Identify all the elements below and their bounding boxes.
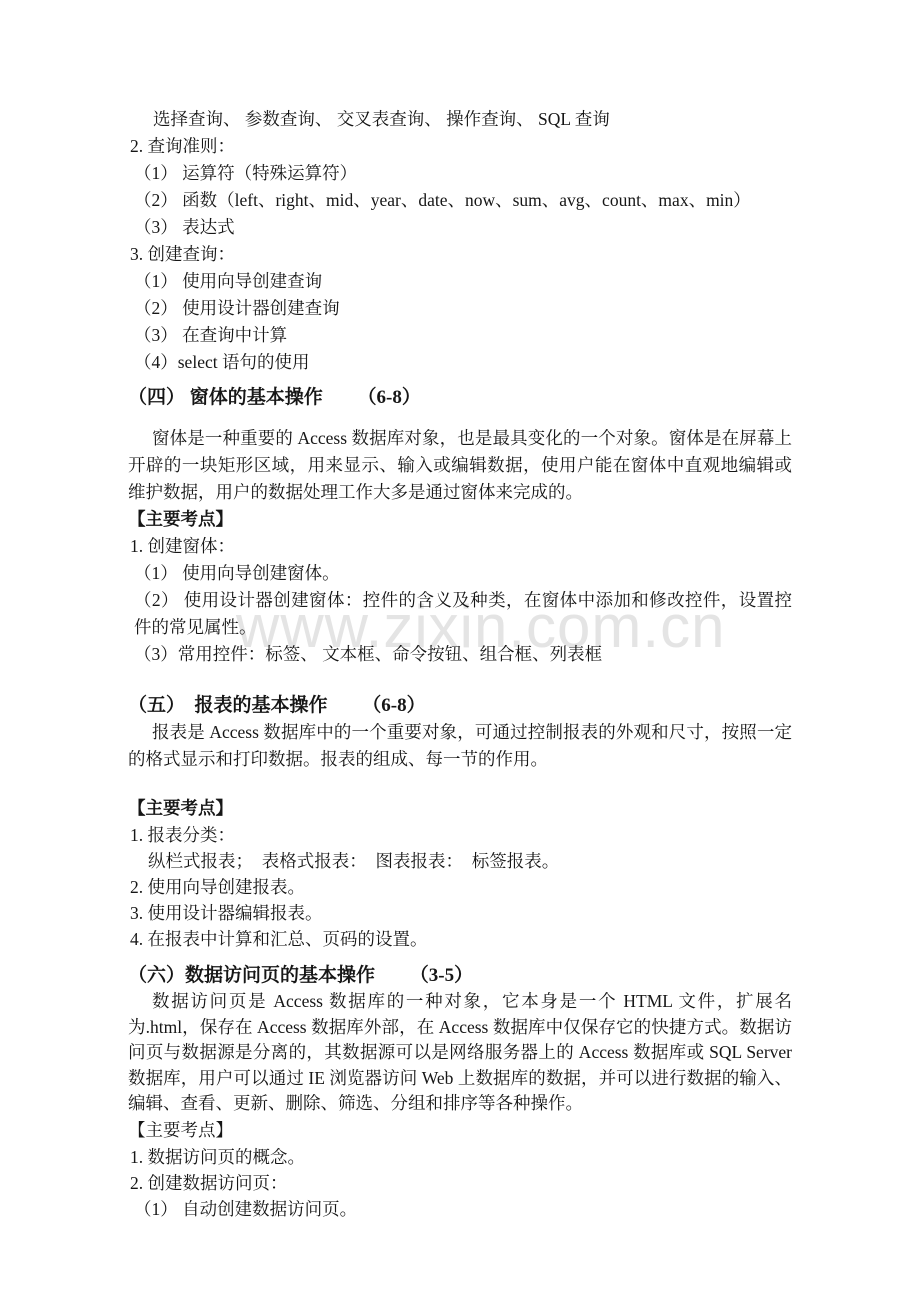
outline-item: 纵栏式报表； 表格式报表： 图表报表： 标签报表。 bbox=[128, 848, 792, 874]
outline-item: 1. 数据访问页的概念。 bbox=[128, 1144, 792, 1170]
section-five-heading: （五） 报表的基本操作 （6-8） bbox=[128, 692, 792, 719]
outline-item: 3. 创建查询： bbox=[128, 241, 792, 268]
document-page: www.zixin.com.cn 选择查询、 参数查询、 交叉表查询、 操作查询… bbox=[0, 0, 920, 1302]
outline-item: （1） 使用向导创建窗体。 bbox=[128, 560, 792, 587]
outline-item: 2. 使用向导创建报表。 bbox=[128, 874, 792, 900]
outline-item: （2） 使用设计器创建查询 bbox=[128, 295, 792, 322]
outline-item: （3） 表达式 bbox=[128, 214, 792, 241]
outline-item: （4）select 语句的使用 bbox=[128, 349, 792, 376]
outline-item: （3）常用控件：标签、 文本框、命令按钮、组合框、列表框 bbox=[128, 641, 792, 668]
outline-item: （2） 使用设计器创建窗体：控件的含义及种类，在窗体中添加和修改控件，设置控件的… bbox=[128, 587, 792, 641]
section-five-paragraph: 报表是 Access 数据库中的一个重要对象，可通过控制报表的外观和尺寸，按照一… bbox=[128, 719, 792, 773]
outline-item: （1） 自动创建数据访问页。 bbox=[128, 1196, 792, 1222]
outline-item: 1. 报表分类： bbox=[128, 822, 792, 848]
section-six-title: （六）数据访问页的基本操作 bbox=[128, 965, 375, 986]
document-content: 选择查询、 参数查询、 交叉表查询、 操作查询、 SQL 查询 2. 查询准则：… bbox=[128, 106, 792, 1222]
outline-item: （2） 函数（left、right、mid、year、date、now、sum、… bbox=[128, 187, 792, 214]
section-six-items: 1. 数据访问页的概念。 2. 创建数据访问页： （1） 自动创建数据访问页。 bbox=[128, 1144, 792, 1222]
section-five-title: （五） 报表的基本操作 bbox=[128, 695, 328, 716]
outline-item: 2. 创建数据访问页： bbox=[128, 1170, 792, 1196]
section-six-paragraph: 数据访问页是 Access 数据库的一种对象，它本身是一个 HTML 文件，扩展… bbox=[128, 989, 792, 1117]
query-types-line: 选择查询、 参数查询、 交叉表查询、 操作查询、 SQL 查询 bbox=[128, 106, 792, 133]
section-four-heading: （四） 窗体的基本操作 （6-8） bbox=[128, 384, 792, 411]
section-five-items: 1. 报表分类： 纵栏式报表； 表格式报表： 图表报表： 标签报表。 2. 使用… bbox=[128, 822, 792, 952]
key-points-label: 【主要考点】 bbox=[128, 1117, 792, 1144]
outline-item: （3） 在查询中计算 bbox=[128, 322, 792, 349]
section-four-paragraph: 窗体是一种重要的 Access 数据库对象，也是最具变化的一个对象。窗体是在屏幕… bbox=[128, 425, 792, 506]
key-points-label: 【主要考点】 bbox=[128, 506, 792, 533]
section-six-heading: （六）数据访问页的基本操作 （3-5） bbox=[128, 962, 792, 989]
key-points-label: 【主要考点】 bbox=[128, 795, 792, 822]
section-five-lesson-range: （6-8） bbox=[362, 692, 425, 719]
section-six-lesson-range: （3-5） bbox=[410, 962, 473, 989]
outline-item: 1. 创建窗体： bbox=[128, 533, 792, 560]
section-four-title: （四） 窗体的基本操作 bbox=[128, 387, 323, 408]
outline-item: （1） 使用向导创建查询 bbox=[128, 268, 792, 295]
outline-item: 3. 使用设计器编辑报表。 bbox=[128, 900, 792, 926]
outline-item: 4. 在报表中计算和汇总、页码的设置。 bbox=[128, 926, 792, 952]
section-four-lesson-range: （6-8） bbox=[358, 384, 421, 411]
outline-item: 2. 查询准则： bbox=[128, 133, 792, 160]
outline-item: （1） 运算符（特殊运算符） bbox=[128, 160, 792, 187]
